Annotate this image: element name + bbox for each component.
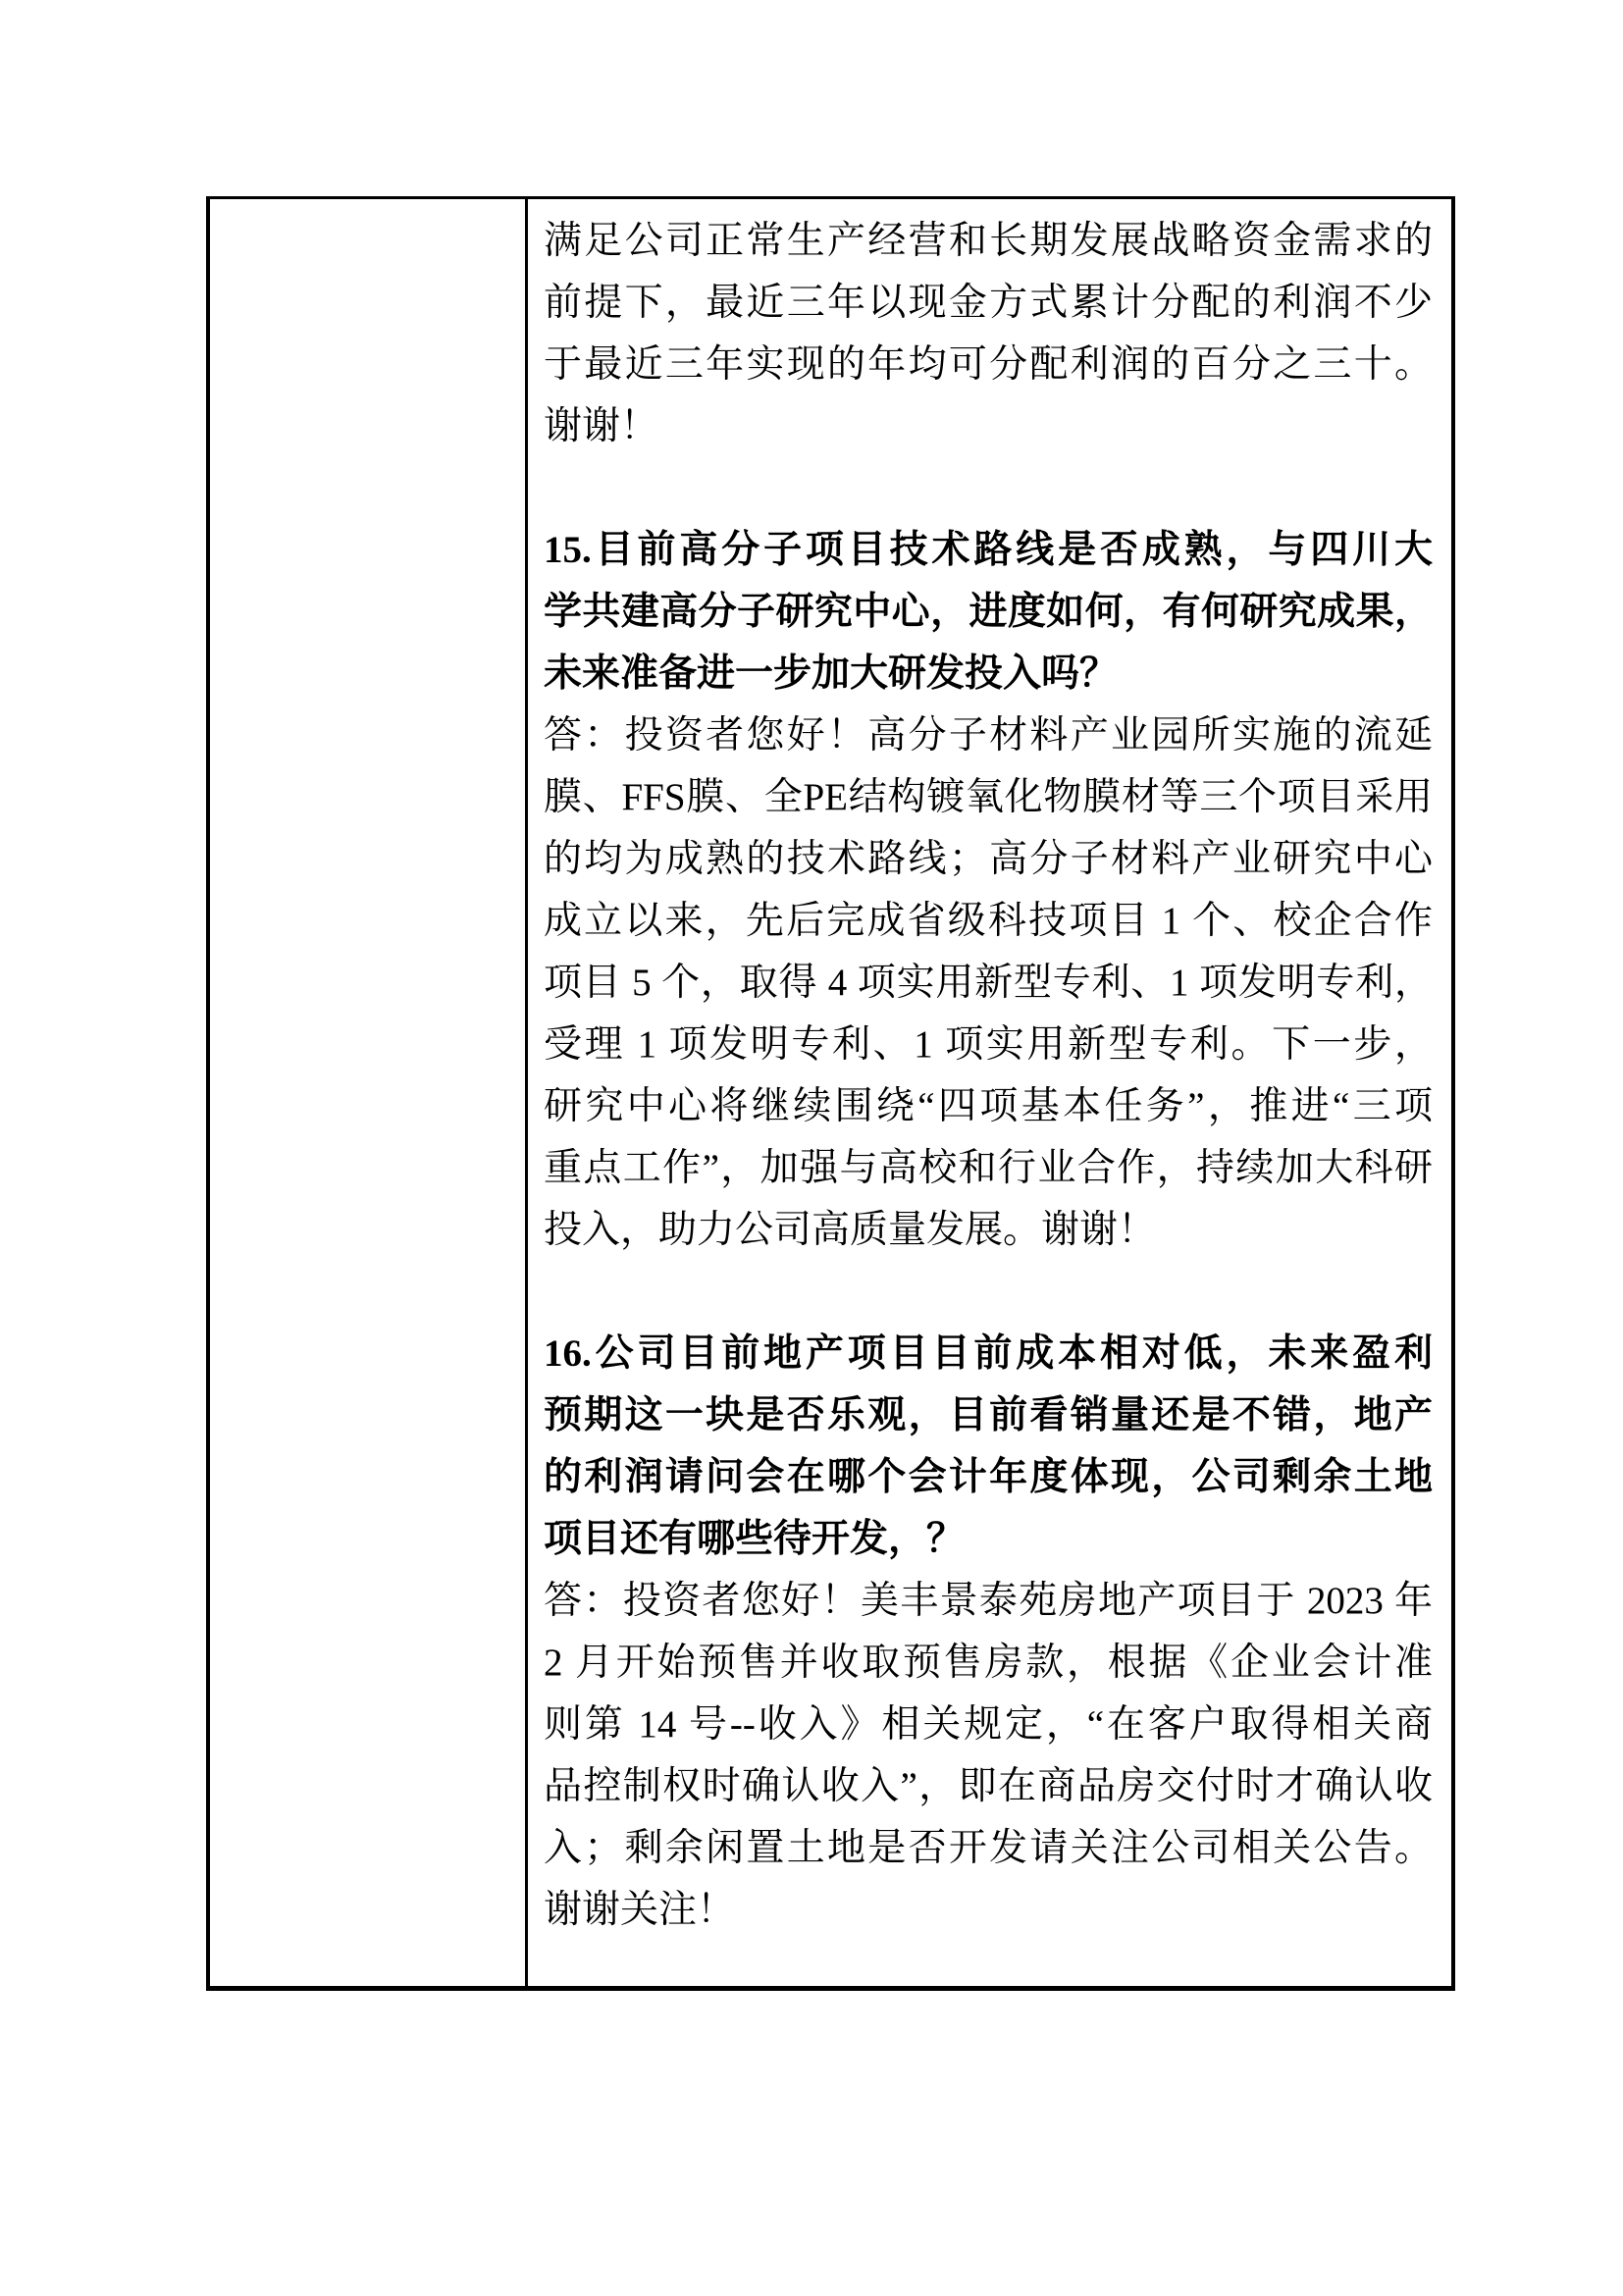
text-line: 谢谢关注！ (544, 1879, 1433, 1941)
text-line: 前提下，最近三年以现金方式累计分配的利润不少 (544, 272, 1433, 334)
blank-line (544, 457, 1433, 519)
text-line: 答：投资者您好！高分子材料产业园所实施的流延 (544, 704, 1433, 766)
text-line: 受理 1 项发明专利、1 项实用新型专利。下一步， (544, 1014, 1433, 1075)
blank-line (544, 1261, 1433, 1323)
table-content-cell: 满足公司正常生产经营和长期发展战略资金需求的前提下，最近三年以现金方式累计分配的… (528, 199, 1451, 1986)
text-line: 品控制权时确认收入”，即在商品房交付时才确认收 (544, 1755, 1433, 1817)
qa-table: 满足公司正常生产经营和长期发展战略资金需求的前提下，最近三年以现金方式累计分配的… (206, 196, 1455, 1991)
text-line: 于最近三年实现的年均可分配利润的百分之三十。 (544, 334, 1433, 395)
text-line: 项目还有哪些待开发，？ (544, 1508, 1433, 1570)
text-line: 预期这一块是否乐观，目前看销量还是不错，地产 (544, 1384, 1433, 1446)
text-line: 重点工作”，加强与高校和行业合作，持续加大科研 (544, 1137, 1433, 1199)
text-line: 答：投资者您好！美丰景泰苑房地产项目于 2023 年 (544, 1570, 1433, 1632)
text-line: 2 月开始预售并收取预售房款，根据《企业会计准 (544, 1632, 1433, 1694)
table-label-cell (210, 199, 528, 1986)
text-line: 学共建高分子研究中心，进度如何，有何研究成果， (544, 581, 1433, 643)
text-line: 的均为成熟的技术路线；高分子材料产业研究中心 (544, 828, 1433, 890)
text-line: 16.公司目前地产项目目前成本相对低，未来盈利 (544, 1323, 1433, 1384)
text-line: 膜、FFS膜、全PE结构镀氧化物膜材等三个项目采用 (544, 766, 1433, 828)
text-line: 满足公司正常生产经营和长期发展战略资金需求的 (544, 210, 1433, 272)
text-line: 投入，助力公司高质量发展。谢谢！ (544, 1199, 1433, 1261)
text-line: 则第 14 号--收入》相关规定，“在客户取得相关商 (544, 1694, 1433, 1755)
text-line: 项目 5 个，取得 4 项实用新型专利、1 项发明专利， (544, 952, 1433, 1014)
text-line: 谢谢！ (544, 395, 1433, 457)
text-line: 入；剩余闲置土地是否开发请关注公司相关公告。 (544, 1817, 1433, 1879)
text-line: 研究中心将继续围绕“四项基本任务”，推进“三项 (544, 1075, 1433, 1137)
text-line: 成立以来，先后完成省级科技项目 1 个、校企合作 (544, 890, 1433, 952)
text-line: 15.目前高分子项目技术路线是否成熟，与四川大 (544, 519, 1433, 581)
text-line: 的利润请问会在哪个会计年度体现，公司剩余土地 (544, 1446, 1433, 1508)
text-line: 未来准备进一步加大研发投入吗？ (544, 643, 1433, 704)
document-page: 满足公司正常生产经营和长期发展战略资金需求的前提下，最近三年以现金方式累计分配的… (0, 0, 1623, 2296)
